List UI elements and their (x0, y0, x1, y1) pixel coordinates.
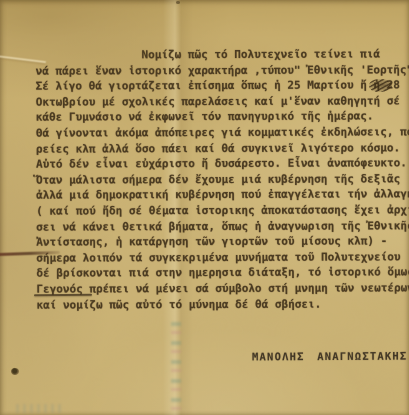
paper-speck (176, 1, 180, 4)
text-line: Οκτωβρίου μέ σχολικές παρελάσεις καί μ'ἕ… (36, 93, 398, 110)
text-line: δέ βρίσκονται πιά στην ημερησια διάταξη,… (36, 265, 398, 282)
signature: ΜΑΝΟΛΗΣ ΑΝΑΓΝΩΣΤΑΚΗΣ (252, 351, 407, 364)
text-line: Νομίζω πῶς τό Πολυτεχνεῖο τείνει πιά (36, 46, 398, 63)
text-line: Ὅταν μάλιστα σήμερα δέν ἔχουμε μιά κυβέρ… (36, 171, 398, 188)
text-line: ( καί πού ἤδη σέ θέματα ἱστορικης ἀποκατ… (36, 202, 398, 219)
text-line: κάθε Γυμνάσιο νά ἐκφωνεῖ τόν πανηγυρικό … (36, 109, 398, 126)
text-line: νά πάρει ἕναν ἱστορικό χαρακτήρα ,τύπου"… (36, 62, 398, 79)
text-line: ρείες κλπ ἀλλά ὅσο πάει καί θά συγκινεῖ … (36, 140, 398, 157)
text-line: καί νομίζω πῶς αὐτό τό μύνημα δέ θά σβήσ… (36, 296, 398, 313)
text-line: σήμερα λοιπόν τά συγκεκριμένα μυνήματα τ… (36, 249, 398, 266)
faint-bleed-mark (16, 404, 62, 413)
ink-spot (10, 367, 20, 376)
typewritten-text: Νομίζω πῶς τό Πολυτεχνεῖο τείνει πιάνά π… (36, 46, 399, 312)
text-line: σει νά κάνει θετικά βήματα, ὅπως ἡ ἀναγν… (36, 218, 398, 235)
text-line: Σέ λίγο θά γιορτάζεται ἐπίσημα ὅπως ἡ 25… (36, 78, 398, 95)
document-page: Νομίζω πῶς τό Πολυτεχνεῖο τείνει πιάνά π… (0, 0, 409, 415)
text-line: ἀλλά μιά δημοκρατική κυβέρνηση πού ἐπαγγ… (36, 187, 398, 204)
text-line: Θά γίνονται ἀκόμα ἀπόπειρες γιά κομματικ… (36, 124, 398, 141)
text-line: Αὐτό δέν εἶναι εὐχάριστο ἤ δυσάρεστο. Εἶ… (36, 156, 398, 173)
ink-bleedthrough (171, 322, 181, 415)
text-line: Ἀντίστασης, ἡ κατάργηση τῶν γιορτῶν τοῦ … (36, 233, 398, 250)
